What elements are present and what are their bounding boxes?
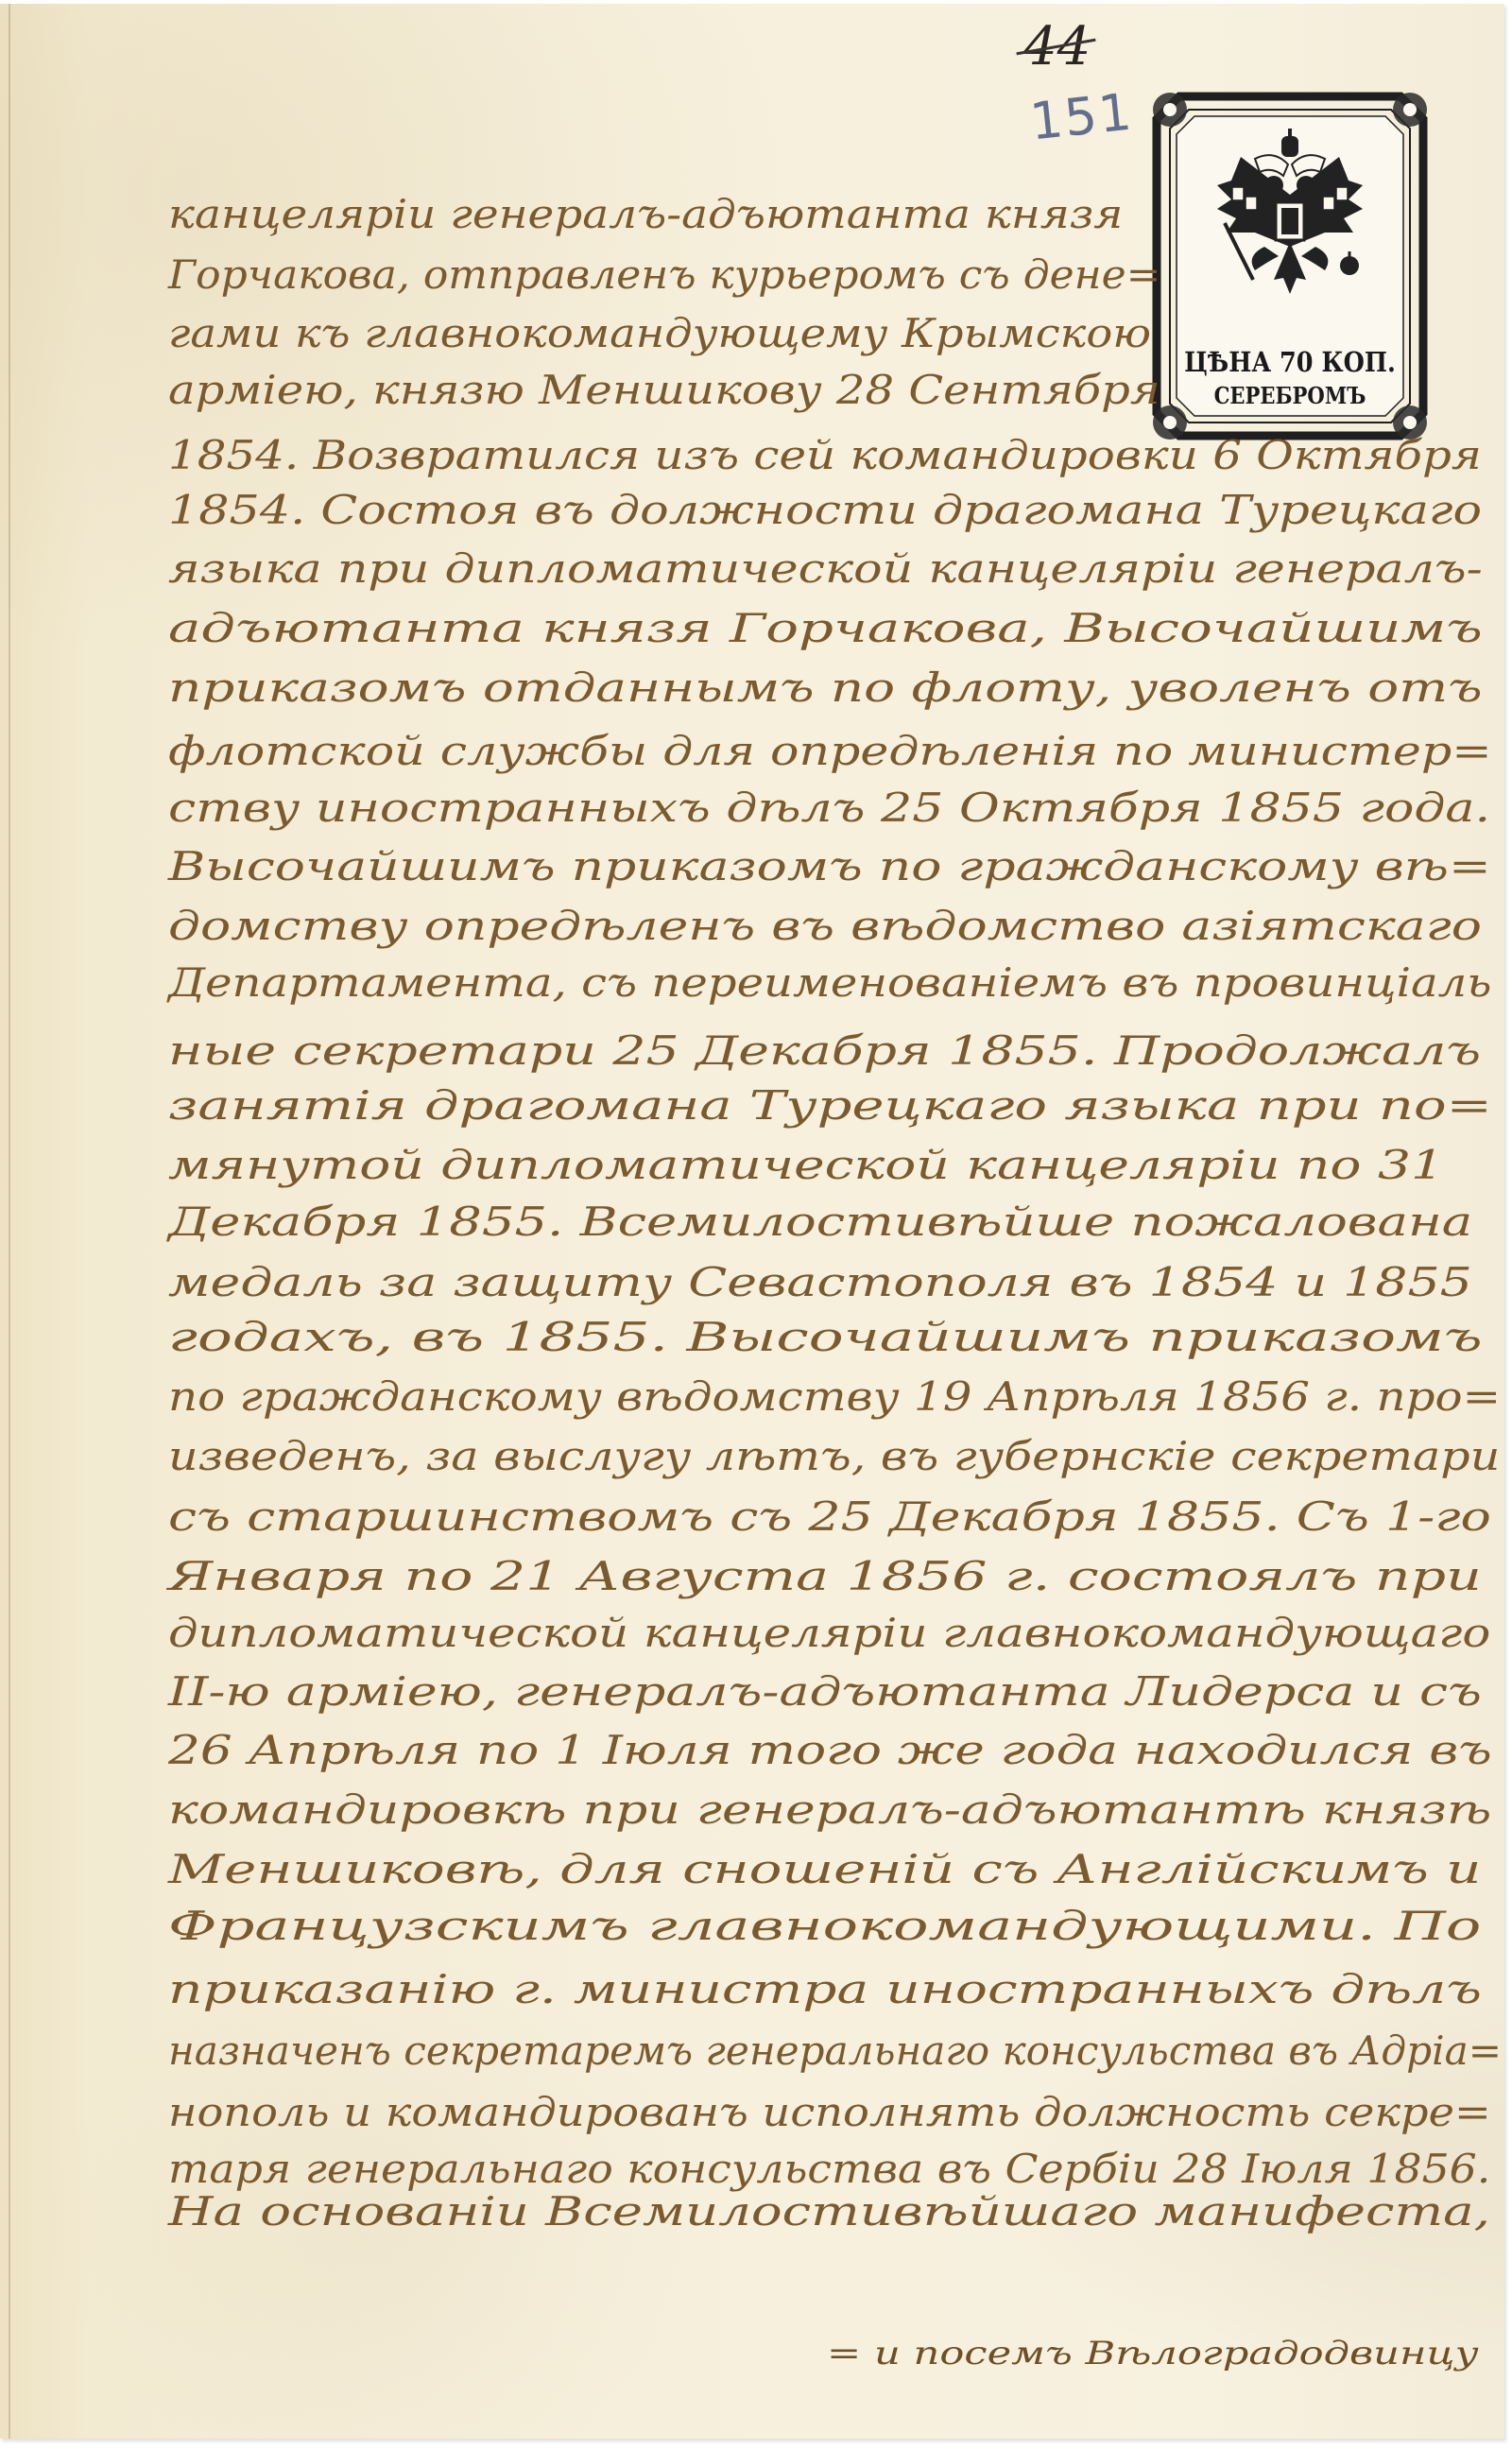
manuscript-line: Декабря 1855. Всемилостивѣйше пожалована [168,1202,1472,1242]
manuscript-line: Департамента, съ переименованіемъ въ про… [168,963,1491,1003]
manuscript-line: занятія драгомана Турецкаго языка при по… [168,1086,1492,1126]
manuscript-line: приказанію г. министра иностранныхъ дѣлъ [168,1970,1482,2010]
manuscript-line: II-ю арміею, генералъ-адъютанта Лидерса … [168,1672,1482,1712]
manuscript-line: приказомъ отданнымъ по флоту, уволенъ от… [168,668,1483,708]
manuscript-line: дипломатической канцеляріи главнокоманду… [168,1613,1490,1653]
manuscript-line: назначенъ секретаремъ генеральнаго консу… [168,2031,1502,2071]
manuscript-line: На основаніи Всемилостивѣйшаго манифеста… [168,2192,1490,2232]
catchword: = и посемъ Вѣлоградодвинцу [827,2335,1479,2372]
manuscript-line: Января по 21 Августа 1856 г. состоялъ пр… [168,1557,1482,1596]
manuscript-line: арміею, князю Меншикову 28 Сентября [168,371,1160,410]
manuscript-line: по гражданскому вѣдомству 19 Апрѣля 1856… [168,1377,1501,1417]
manuscript-line: адъютанта князя Горчакова, Высочайшимъ [168,609,1483,648]
manuscript-line: 26 Апрѣля по 1 Іюля того же года находил… [168,1731,1492,1770]
manuscript-line: домству опредѣленъ въ вѣдомство азіятска… [168,906,1482,946]
manuscript-line: командировкѣ при генералъ-адъютантѣ княз… [168,1790,1491,1830]
manuscript-line: таря генеральнаго консульства въ Сербіи … [168,2149,1490,2189]
folio-number-old: 44 [1023,21,1091,74]
manuscript-line: Меншиковѣ, для сношеній съ Англійскимъ и [168,1850,1481,1889]
manuscript-line: мянутой дипломатической канцеляріи по 31 [168,1146,1444,1185]
manuscript-line: 1854. Возвратился изъ сей командировки 6… [168,436,1482,475]
revenue-stamp: ЦѢНА 70 КОП. СЕРЕБРОМЪ [1151,91,1429,441]
folio-number-new: 151 [1027,81,1136,151]
manuscript-line: канцеляріи генералъ-адъютанта князя [168,195,1123,234]
manuscript-line: Высочайшимъ приказомъ по гражданскому вѣ… [168,847,1491,887]
manuscript-line: ные секретари 25 Декабря 1855. Продолжал… [168,1031,1481,1071]
stamp-currency-label: СЕРЕБРОМЪ [1168,382,1413,409]
manuscript-line: Горчакова, отправленъ курьеромъ съ дене= [168,255,1160,295]
manuscript-line: 1854. Состоя въ должности драгомана Туре… [168,491,1482,530]
manuscript-line: языка при дипломатической канцеляріи ген… [168,549,1483,589]
manuscript-line: нополь и командированъ исполнять должнос… [168,2093,1491,2132]
manuscript-line: гами къ главнокомандующему Крымскою [168,314,1151,354]
manuscript-line: Французскимъ главнокомандующими. По [168,1907,1481,1946]
manuscript-line: съ старшинствомъ съ 25 Декабря 1855. Съ … [168,1497,1491,1537]
manuscript-line: изведенъ, за выслугу лѣтъ, въ губернскіе… [168,1437,1500,1476]
manuscript-line: флотской службы для опредѣленія по минис… [168,732,1492,771]
manuscript-line: годахъ, въ 1855. Высочайшимъ приказомъ [168,1318,1483,1357]
stamp-price-label: ЦѢНА 70 КОП. [1168,346,1413,378]
manuscript-line: ству иностранныхъ дѣлъ 25 Октября 1855 г… [168,788,1490,828]
binding-fold [9,4,10,2439]
manuscript-line: медаль за защиту Севастополя въ 1854 и 1… [168,1263,1472,1303]
